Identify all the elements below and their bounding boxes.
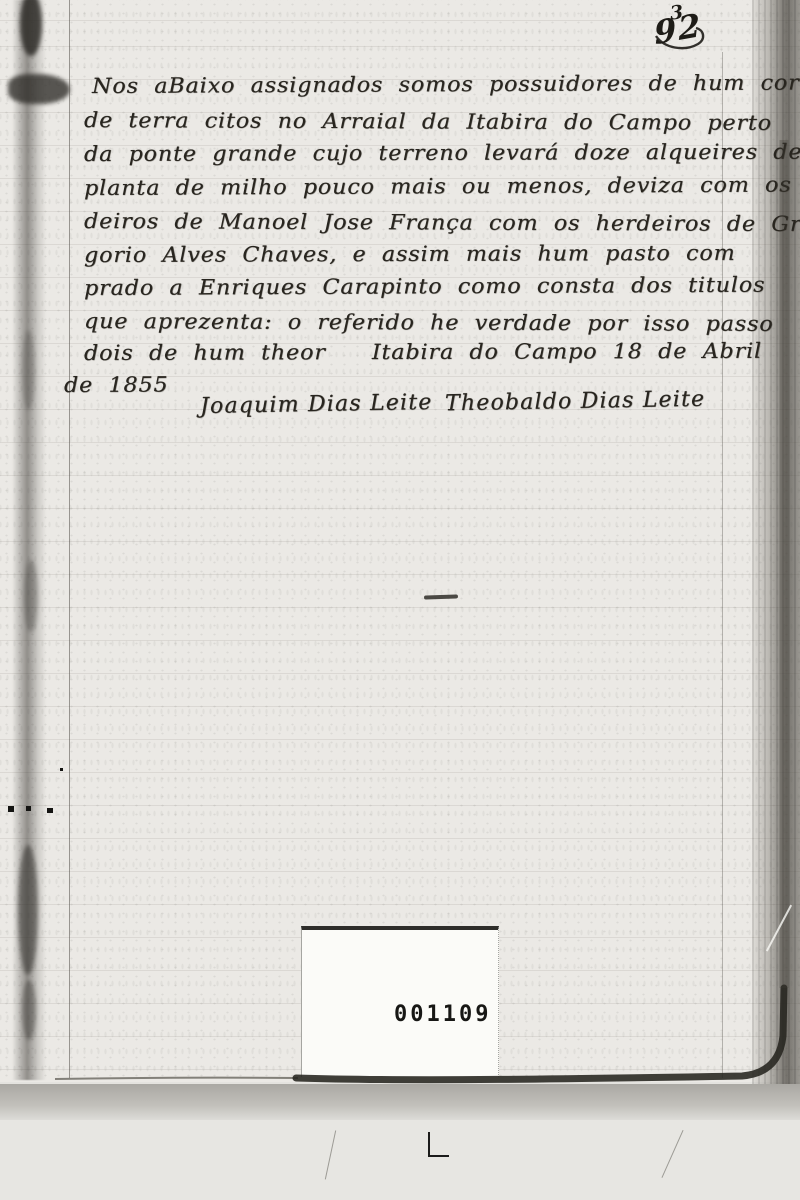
ink-dot	[26, 806, 31, 811]
page-number-scribble: 3 92	[648, 0, 758, 60]
ink-dot	[8, 806, 14, 812]
manuscript-line: de 1855	[64, 374, 169, 396]
signature-theobaldo: Theobaldo Dias Leite	[445, 387, 706, 417]
manuscript-line: prado a Enriques Carapinto como consta d…	[84, 275, 765, 299]
signature-joaquim: Joaquim Dias Leite	[200, 390, 433, 419]
manuscript-line: dois de hum theor Itabira do Campo 18 de…	[84, 341, 762, 364]
corner-angle-mark	[428, 1132, 449, 1157]
archival-stamp-number: 001109	[394, 1002, 491, 1027]
ink-blot	[8, 74, 70, 104]
ink-dot	[47, 808, 53, 813]
ink-blot	[22, 330, 35, 410]
page-number: 92	[653, 6, 703, 53]
page-bottom-shadow	[0, 1084, 800, 1120]
manuscript-line: de terra citos no Arraial da Itabira do …	[84, 110, 772, 134]
left-margin-rule	[69, 0, 70, 1078]
ink-blot	[24, 560, 38, 632]
manuscript-line: Nos aBaixo assignados somos possuidores …	[92, 72, 800, 97]
scanner-background	[0, 1120, 800, 1200]
scanned-document-page: Nos aBaixo assignados somos possuidores …	[0, 0, 800, 1200]
manuscript-line: que aprezenta: o referido he verdade por…	[84, 311, 774, 335]
ink-blot	[22, 980, 36, 1040]
manuscript-line: da ponte grande cujo terreno levará doze…	[84, 142, 800, 165]
right-margin-rule	[722, 52, 723, 1078]
ink-blot	[18, 845, 38, 975]
manuscript-line: deiros de Manoel Jose França com os herd…	[84, 211, 800, 235]
manuscript-line: gorio Alves Chaves, e assim mais hum pas…	[84, 243, 736, 266]
manuscript-line: planta de milho pouco mais ou menos, dev…	[84, 174, 800, 199]
ink-dot	[60, 768, 63, 771]
archival-stamp-box: 001109	[301, 926, 499, 1077]
